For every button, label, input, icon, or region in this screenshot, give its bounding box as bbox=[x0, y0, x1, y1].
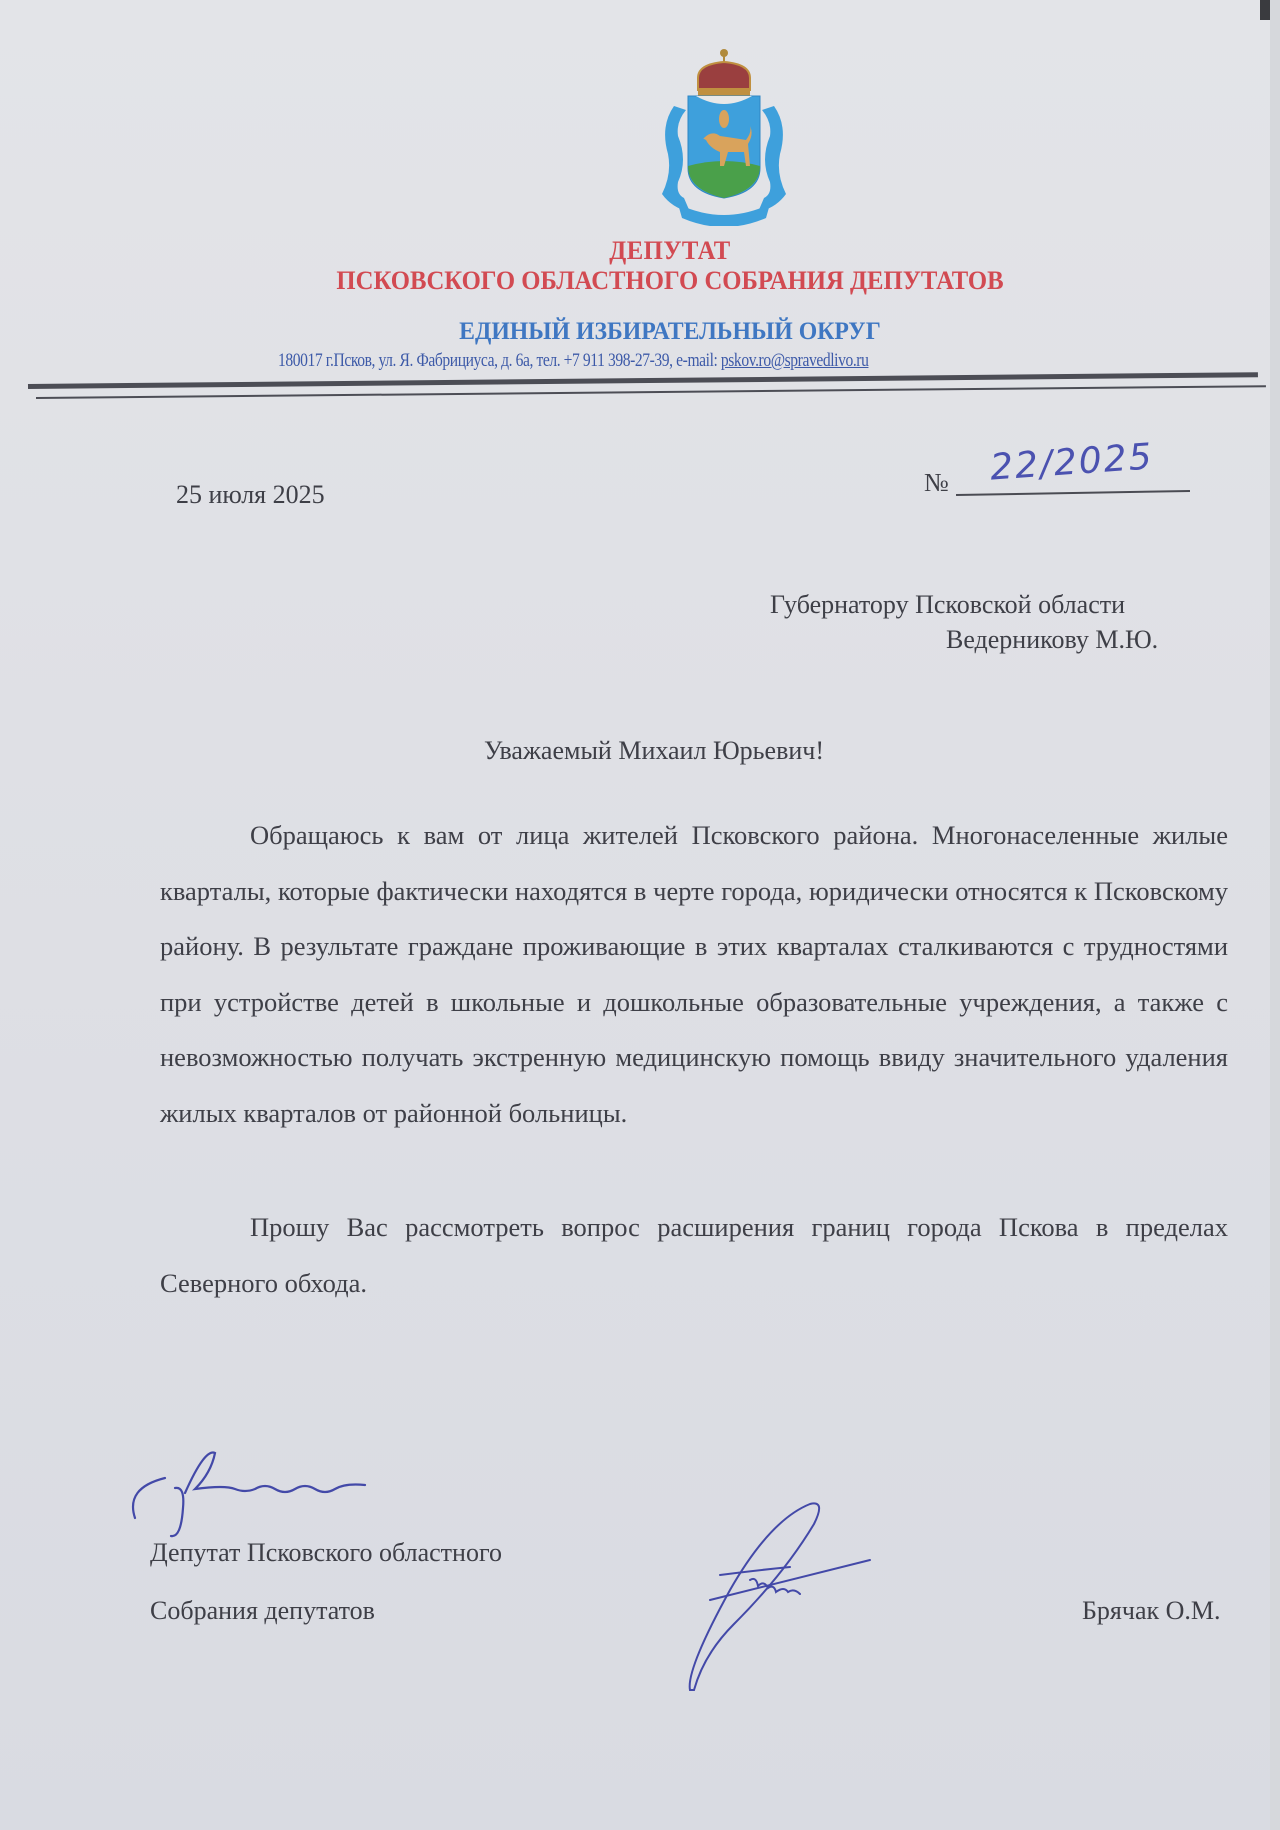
recipient-line2: Ведерникову М.Ю. bbox=[946, 625, 1158, 655]
signer-position-line2: Собрания депутатов bbox=[150, 1596, 375, 1626]
signature-icon bbox=[680, 1480, 930, 1700]
recipient-line1: Губернатору Псковской области bbox=[770, 590, 1125, 620]
greeting: Уважаемый Михаил Юрьевич! bbox=[484, 736, 824, 766]
letterhead-title-line1: ДЕПУТАТ bbox=[34, 236, 1280, 266]
letterhead-address: 180017 г.Псков, ул. Я. Фабрициуса, д. 6а… bbox=[278, 350, 868, 372]
signer-position-line1: Депутат Псковского областного bbox=[150, 1538, 502, 1568]
letterhead-district: ЕДИНЫЙ ИЗБИРАТЕЛЬНЫЙ ОКРУГ bbox=[34, 318, 1280, 346]
header-divider-thin bbox=[36, 385, 1266, 399]
letterhead-title-line2: ПСКОВСКОГО ОБЛАСТНОГО СОБРАНИЯ ДЕПУТАТОВ bbox=[34, 266, 1280, 296]
signer-name: Брячак О.М. bbox=[1082, 1596, 1221, 1626]
number-label: № bbox=[924, 468, 949, 498]
address-text: 180017 г.Псков, ул. Я. Фабрициуса, д. 6а… bbox=[278, 350, 721, 371]
paragraph-text: Прошу Вас рассмотреть вопрос расширения … bbox=[160, 1200, 1228, 1311]
letter-date: 25 июля 2025 bbox=[176, 480, 325, 510]
letter-page: ДЕПУТАТ ПСКОВСКОГО ОБЛАСТНОГО СОБРАНИЯ Д… bbox=[0, 0, 1270, 1830]
body-paragraph-1: Обращаюсь к вам от лица жителей Псковско… bbox=[160, 808, 1228, 1141]
paragraph-text: Обращаюсь к вам от лица жителей Псковско… bbox=[160, 808, 1228, 1141]
number-underline bbox=[956, 490, 1190, 496]
body-paragraph-2: Прошу Вас рассмотреть вопрос расширения … bbox=[160, 1200, 1228, 1311]
page-edge-shadow bbox=[1260, 0, 1270, 20]
handwritten-closing-icon bbox=[125, 1448, 455, 1538]
email-link[interactable]: pskov.ro@spravedlivo.ru bbox=[721, 350, 869, 371]
handwritten-number: 22/2025 bbox=[989, 436, 1155, 488]
coat-of-arms-icon bbox=[648, 46, 800, 226]
